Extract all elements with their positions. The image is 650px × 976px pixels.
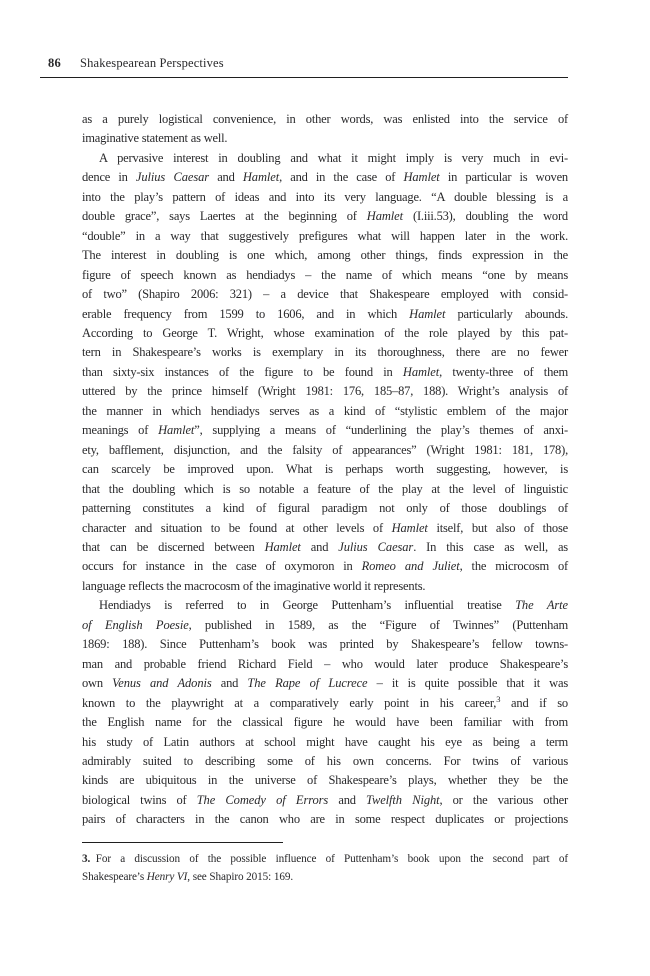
text-line: erable frequency from 1599 to 1606, and … [82, 305, 568, 324]
text-line: biological twins of The Comedy of Errors… [82, 791, 568, 810]
text-line: admirably suited to describing some of h… [82, 752, 568, 771]
running-head: 86Shakespearean Perspectives [48, 56, 568, 71]
text-line: occurs for instance in the case of oxymo… [82, 557, 568, 576]
footnote-line: 3. For a discussion of the possible infl… [82, 851, 568, 869]
header-rule [40, 77, 568, 78]
text-line: of English Poesie, published in 1589, as… [82, 616, 568, 635]
text-line: Hendiadys is referred to in George Putte… [82, 596, 568, 615]
text-line: The interest in doubling is one which, a… [82, 246, 568, 265]
text-line: the manner in which hendiadys serves as … [82, 402, 568, 421]
text-line: into the play’s pattern of ideas and int… [82, 188, 568, 207]
text-line: man and probable friend Richard Field – … [82, 655, 568, 674]
text-line: According to George T. Wright, whose exa… [82, 324, 568, 343]
footnote-separator-rule [82, 842, 283, 843]
text-line: known to the playwright at a comparative… [82, 694, 568, 713]
text-line: pairs of characters in the canon who are… [82, 810, 568, 829]
text-line: figure of speech known as hendiadys – th… [82, 266, 568, 285]
text-line: than sixty-six instances of the figure t… [82, 363, 568, 382]
text-line: “double” in a way that suggestively pref… [82, 227, 568, 246]
text-line: tern in Shakespeare’s works is exemplary… [82, 343, 568, 362]
text-line: ety, bafflement, disjunction, and the fa… [82, 441, 568, 460]
book-page: 86Shakespearean Perspectives as a purely… [0, 0, 650, 976]
text-line: imaginative statement as well. [82, 129, 568, 148]
text-line: that the doubling which is so notable a … [82, 480, 568, 499]
text-line: meanings of Hamlet”, supplying a means o… [82, 421, 568, 440]
text-line: patterning constitutes a kind of figural… [82, 499, 568, 518]
page-number: 86 [48, 56, 80, 71]
text-line: own Venus and Adonis and The Rape of Luc… [82, 674, 568, 693]
text-line: dence in Julius Caesar and Hamlet, and i… [82, 168, 568, 187]
text-line: that can be discerned between Hamlet and… [82, 538, 568, 557]
text-line: A pervasive interest in doubling and wha… [82, 149, 568, 168]
text-line: double grace”, says Laertes at the begin… [82, 207, 568, 226]
text-line: 1869: 188). Since Puttenham’s book was p… [82, 635, 568, 654]
text-line: his study of Latin authors at school mig… [82, 733, 568, 752]
text-line: the English name for the classical figur… [82, 713, 568, 732]
text-line: as a purely logistical convenience, in o… [82, 110, 568, 129]
text-line: kinds are ubiquitous in the universe of … [82, 771, 568, 790]
text-line: language reflects the macrocosm of the i… [82, 577, 568, 596]
body-text: as a purely logistical convenience, in o… [82, 110, 568, 830]
footnote: 3. For a discussion of the possible infl… [82, 851, 568, 886]
running-head-title: Shakespearean Perspectives [80, 56, 224, 70]
text-line: of two” (Shapiro 2006: 321) – a device t… [82, 285, 568, 304]
text-line: character and situation to be found at o… [82, 519, 568, 538]
text-line: can scarcely be improved upon. What is p… [82, 460, 568, 479]
text-line: uttered by the prince himself (Wright 19… [82, 382, 568, 401]
footnote-line: Shakespeare’s Henry VI, see Shapiro 2015… [82, 869, 568, 887]
